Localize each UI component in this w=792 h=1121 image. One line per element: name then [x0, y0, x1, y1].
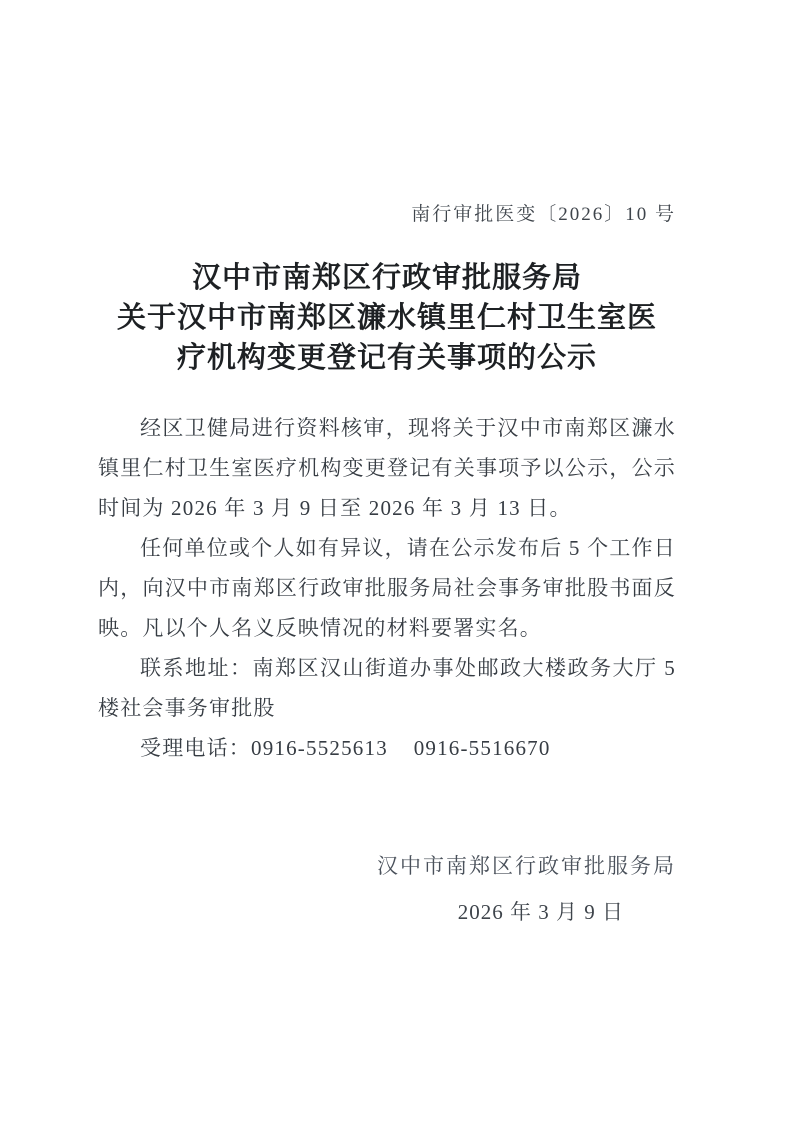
- paragraph-objection-instructions: 任何单位或个人如有异议，请在公示发布后 5 个工作日 内，向汉中市南郑区行政审批…: [98, 528, 676, 648]
- body-line: 映。凡以个人名义反映情况的材料要署实名。: [98, 608, 676, 648]
- document-number: 南行审批医变〔2026〕10 号: [98, 202, 676, 228]
- signature-org: 汉中市南郑区行政审批服务局: [98, 846, 676, 886]
- body-line: 镇里仁村卫生室医疗机构变更登记有关事项予以公示，公示: [98, 448, 676, 488]
- body-line: 任何单位或个人如有异议，请在公示发布后 5 个工作日: [98, 528, 676, 568]
- notice-title-line-1: 汉中市南郑区行政审批服务局: [98, 258, 676, 298]
- body-line: 楼社会事务审批股: [98, 688, 676, 728]
- paragraph-contact-phone: 受理电话：0916-5525613 0916-5516670: [98, 728, 676, 768]
- body-line: 内，向汉中市南郑区行政审批服务局社会事务审批股书面反: [98, 568, 676, 608]
- body-line: 受理电话：0916-5525613 0916-5516670: [98, 728, 676, 768]
- signature-date: 2026 年 3 月 9 日: [98, 892, 676, 932]
- body-line: 经区卫健局进行资料核审，现将关于汉中市南郑区濂水: [98, 408, 676, 448]
- notice-title: 汉中市南郑区行政审批服务局 关于汉中市南郑区濂水镇里仁村卫生室医 疗机构变更登记…: [98, 258, 676, 378]
- body-line: 联系地址：南郑区汉山街道办事处邮政大楼政务大厅 5: [98, 648, 676, 688]
- body-line: 时间为 2026 年 3 月 9 日至 2026 年 3 月 13 日。: [98, 488, 676, 528]
- notice-body: 经区卫健局进行资料核审，现将关于汉中市南郑区濂水 镇里仁村卫生室医疗机构变更登记…: [98, 408, 676, 768]
- paragraph-contact-address: 联系地址：南郑区汉山街道办事处邮政大楼政务大厅 5 楼社会事务审批股: [98, 648, 676, 728]
- notice-title-line-3: 疗机构变更登记有关事项的公示: [98, 338, 676, 378]
- signature-block: 汉中市南郑区行政审批服务局 2026 年 3 月 9 日: [98, 846, 676, 932]
- notice-document-page: 南行审批医变〔2026〕10 号 汉中市南郑区行政审批服务局 关于汉中市南郑区濂…: [0, 0, 792, 1121]
- paragraph-publicity-period: 经区卫健局进行资料核审，现将关于汉中市南郑区濂水 镇里仁村卫生室医疗机构变更登记…: [98, 408, 676, 528]
- notice-title-line-2: 关于汉中市南郑区濂水镇里仁村卫生室医: [98, 298, 676, 338]
